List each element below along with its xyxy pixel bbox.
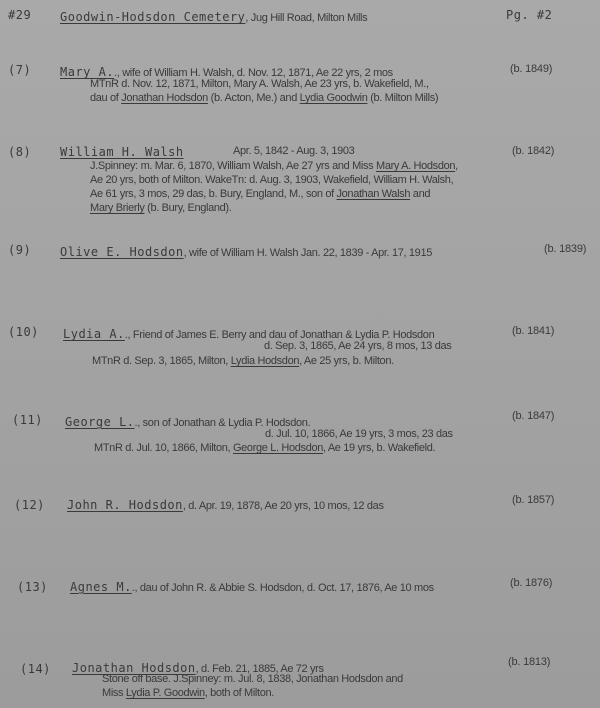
entry-text: , [455, 160, 458, 172]
header-title: Goodwin-Hodsdon Cemetery, Jug Hill Road,… [60, 8, 367, 26]
entry-line: MTnR d. Sep. 3, 1865, Milton, Lydia Hods… [92, 355, 394, 367]
entry-number: (8) [8, 145, 31, 159]
entry-name: Agnes M. [70, 580, 132, 594]
entry-name: William H. Walsh [60, 145, 184, 159]
birth-year: (b. 1876) [510, 577, 552, 589]
record-number: #29 [8, 8, 31, 22]
entry-number: (12) [14, 498, 45, 512]
person-name: Mary A. Hodsdon [376, 160, 455, 172]
person-name: Lydia Goodwin [300, 92, 368, 104]
entry-line: Mary Brierly (b. Bury, England). [90, 202, 231, 214]
entry-text: and [410, 188, 430, 200]
entry-line: Ae 61 yrs, 3 mos, 29 das, b. Bury, Engla… [90, 188, 430, 200]
birth-year: (b. 1847) [512, 410, 554, 422]
entry-text: MTnR d. Jul. 10, 1866, Milton, [94, 442, 233, 454]
entry-text: MTnR d. Sep. 3, 1865, Milton, [92, 355, 231, 367]
entry-text: (b. Milton Mills) [367, 92, 438, 104]
person-name: Lydia P. Goodwin [126, 687, 205, 699]
page-number: Pg. #2 [506, 8, 552, 22]
entry-text: ., dau of John R. & Abbie S. Hodsdon, d.… [132, 582, 434, 594]
entry-name: George L. [65, 415, 135, 429]
entry-text: dau of [90, 92, 121, 104]
birth-year: (b. 1842) [512, 145, 554, 157]
entry-name: Mary A. [60, 65, 114, 79]
entry-line: MTnR d. Jul. 10, 1866, Milton, George L.… [94, 442, 435, 454]
birth-year: (b. 1813) [508, 656, 550, 668]
entry-line: John R. Hodsdon, d. Apr. 19, 1878, Ae 20… [67, 496, 384, 514]
entry-text: , d. Apr. 19, 1878, Ae 20 yrs, 10 mos, 1… [183, 500, 384, 512]
entry-line: Olive E. Hodsdon, wife of William H. Wal… [60, 243, 432, 261]
entry-number: (10) [8, 325, 39, 339]
person-name: Lydia Hodsdon [231, 355, 299, 367]
entry-text: (b. Acton, Me.) and [208, 92, 300, 104]
entry-text: (b. Bury, England). [144, 202, 231, 214]
entry-text: , both of Milton. [205, 687, 274, 699]
entry-number: (7) [8, 63, 31, 77]
entry-number: (11) [12, 413, 43, 427]
entry-dates: Apr. 5, 1842 - Aug. 3, 1903 [233, 145, 354, 157]
person-name: Mary Brierly [90, 202, 144, 214]
entry-number: (13) [17, 580, 48, 594]
entry-line: Miss Lydia P. Goodwin, both of Milton. [102, 687, 274, 699]
entry-text: d. Jul. 10, 1866, Ae 19 yrs, 3 mos, 23 d… [265, 428, 453, 440]
person-name: George L. Hodsdon [233, 442, 323, 454]
birth-year: (b. 1849) [510, 63, 552, 75]
birth-year: (b. 1841) [512, 325, 554, 337]
entry-line: J.Spinney: m. Mar. 6, 1870, William Wals… [90, 160, 458, 172]
entry-line: dau of Jonathan Hodsdon (b. Acton, Me.) … [90, 92, 438, 104]
entry-text: J.Spinney: m. Mar. 6, 1870, William Wals… [90, 160, 376, 172]
entry-text: Stone off base. J.Spinney: m. Jul. 8, 18… [102, 673, 403, 685]
entry-line: Agnes M.., dau of John R. & Abbie S. Hod… [70, 578, 434, 596]
birth-year: (b. 1839) [544, 243, 586, 255]
entry-text: , wife of William H. Walsh Jan. 22, 1839… [184, 247, 432, 259]
cemetery-location: , Jug Hill Road, Milton Mills [245, 12, 367, 24]
entry-text: Miss [102, 687, 126, 699]
birth-year: (b. 1857) [512, 494, 554, 506]
entry-text: MTnR d. Nov. 12, 1871, Milton, Mary A. W… [90, 78, 429, 90]
entry-name: Lydia A. [63, 327, 125, 341]
entry-text: , Ae 25 yrs, b. Milton. [299, 355, 394, 367]
entry-number: (9) [8, 243, 31, 257]
entry-text: Ae 20 yrs, both of Milton. WakeTn: d. Au… [90, 174, 453, 186]
entry-text: , Ae 19 yrs, b. Wakefield. [323, 442, 435, 454]
cemetery-name: Goodwin-Hodsdon Cemetery [60, 10, 245, 24]
entry-text: d. Sep. 3, 1865, Ae 24 yrs, 8 mos, 13 da… [264, 340, 451, 352]
person-name: Jonathan Walsh [337, 188, 411, 200]
entry-name: Olive E. Hodsdon [60, 245, 184, 259]
entry-name: John R. Hodsdon [67, 498, 183, 512]
entry-text: Ae 61 yrs, 3 mos, 29 das, b. Bury, Engla… [90, 188, 337, 200]
entry-number: (14) [20, 662, 51, 676]
person-name: Jonathan Hodsdon [121, 92, 208, 104]
